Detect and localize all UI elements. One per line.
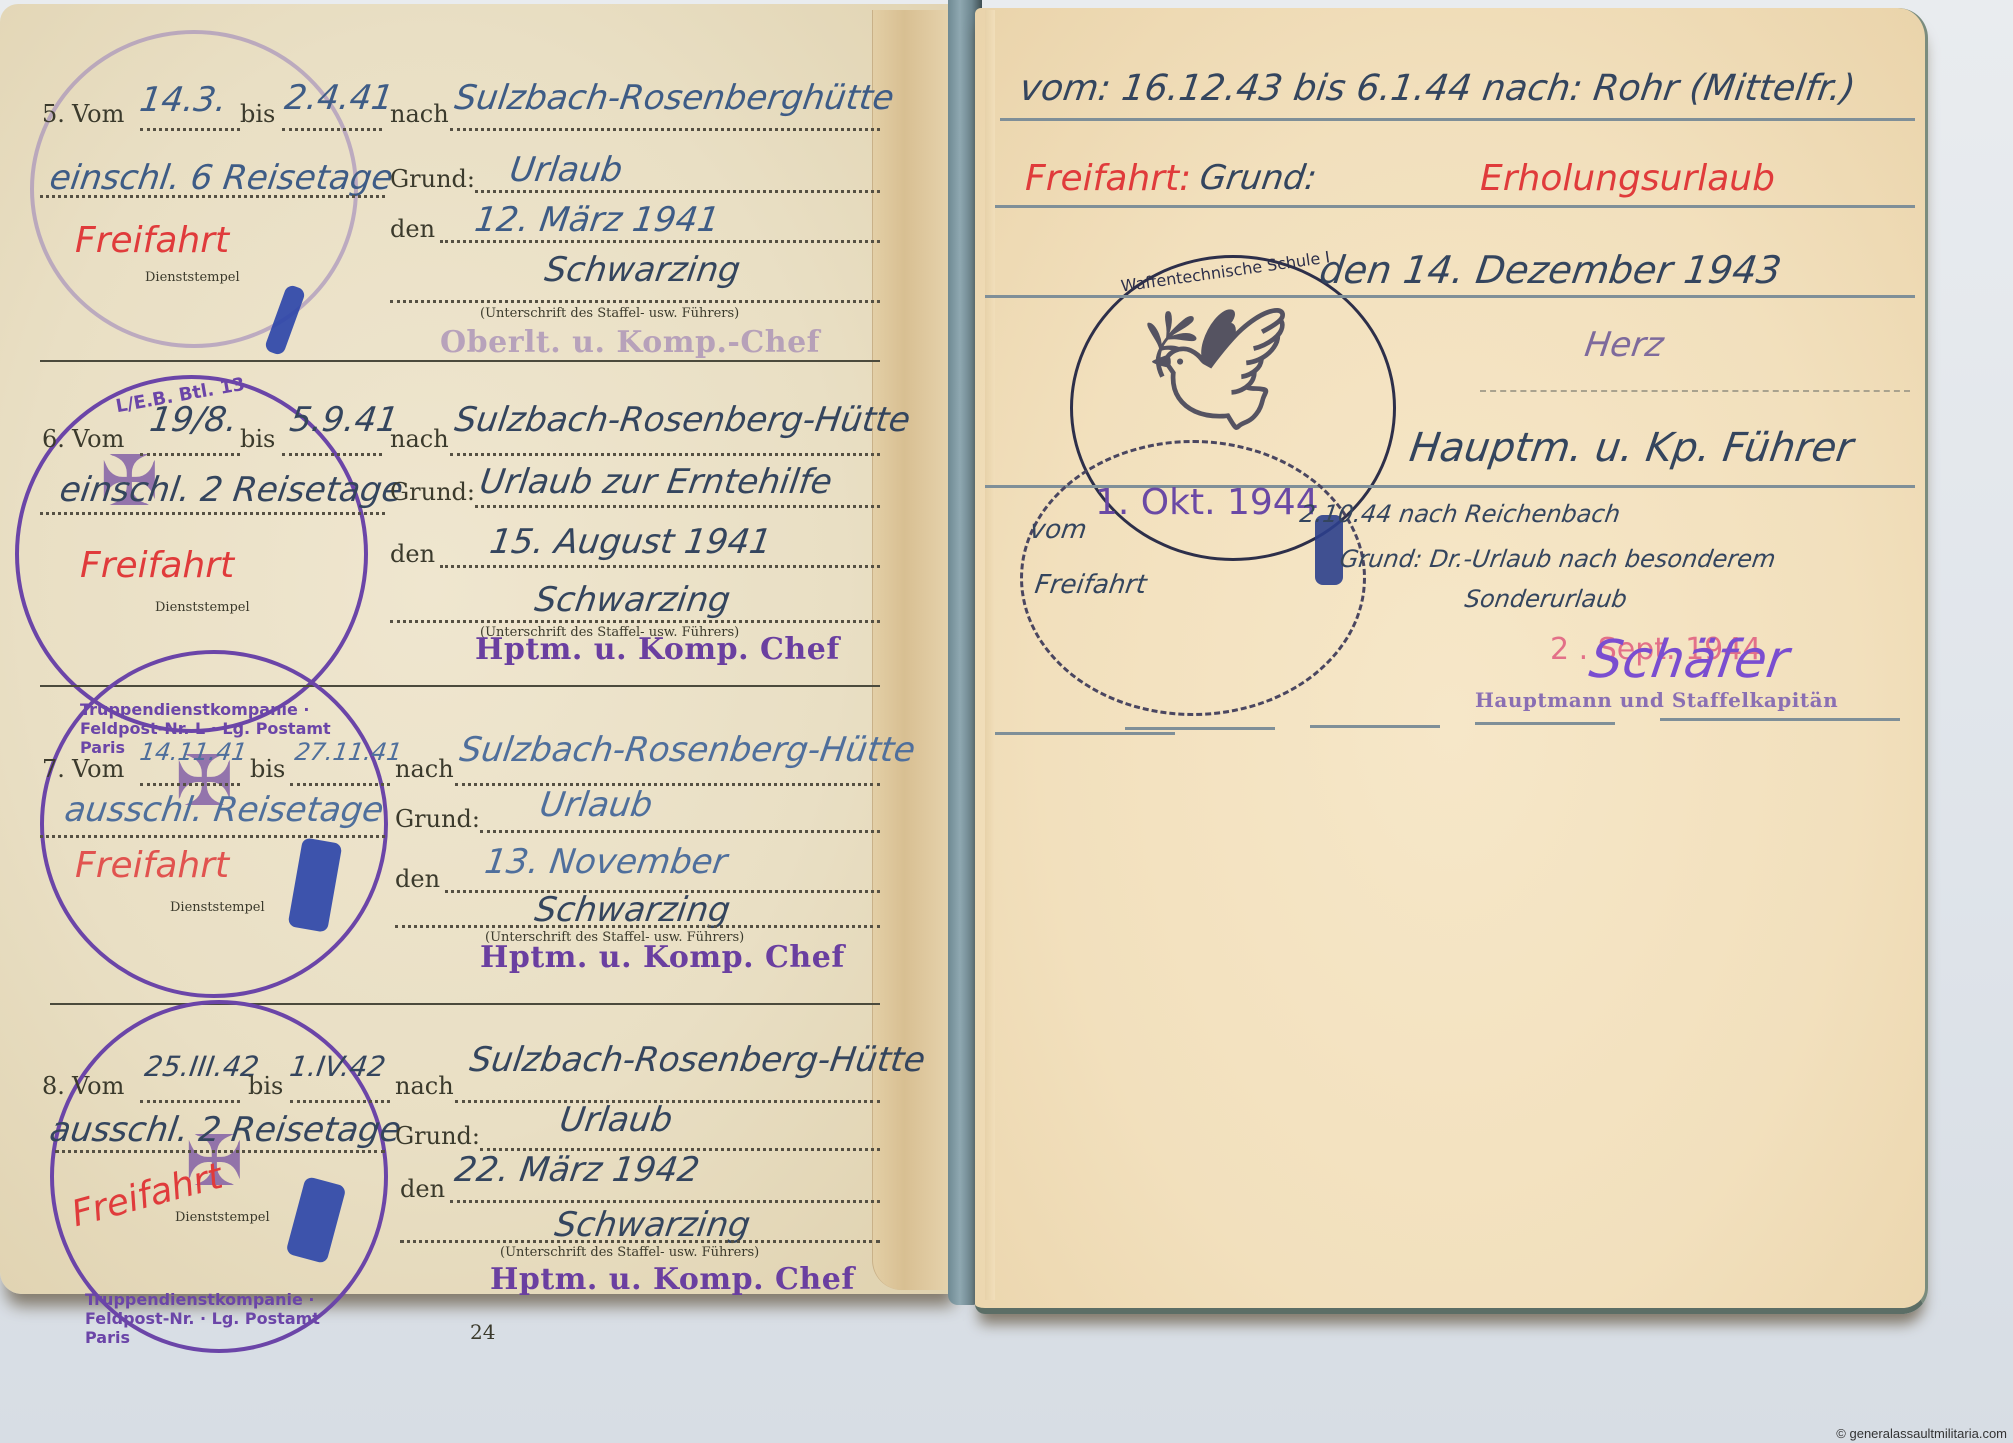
dienststempel-label: Dienststempel <box>170 900 265 915</box>
label-nach: nach <box>390 100 449 128</box>
entry-8-signature: Schwarzing <box>552 1205 752 1245</box>
luftwaffe-eagle-icon: 🕊 <box>1140 300 1292 440</box>
entry-5-freifahrt-stamp: Freifahrt <box>75 220 229 261</box>
entry-7-reason: Urlaub <box>537 785 655 825</box>
entry-7-signature: Schwarzing <box>532 890 732 930</box>
entry-6-number: 6. <box>42 425 65 453</box>
entry-5-note: einschl. 6 Reisetage <box>47 158 395 198</box>
entry-5-signature: Schwarzing <box>542 250 742 290</box>
label-den: den <box>400 1175 445 1203</box>
label-bis: bis <box>240 100 275 128</box>
entry-7-freifahrt-stamp: Freifahrt <box>75 845 229 886</box>
entry-6-rank-stamp: Hptm. u. Komp. Chef <box>475 632 840 667</box>
entry-5-to: 2.4.41 <box>282 78 396 118</box>
dienststempel-label: Dienststempel <box>175 1210 270 1225</box>
label-den: den <box>390 540 435 568</box>
label-grund: Grund: <box>395 1122 480 1150</box>
right-signature-2: Schäfer <box>1586 630 1793 690</box>
entry-7-number: 7. <box>42 755 65 783</box>
signature-caption: (Unterschrift des Staffel- usw. Führers) <box>500 1245 759 1260</box>
right-signature-title: Hauptm. u. Kp. Führer <box>1407 425 1856 471</box>
entry-5-number: 5. <box>42 100 65 128</box>
entry-6-from: 19/8. <box>147 400 240 440</box>
label-vom: Vom <box>72 425 124 453</box>
label-bis: bis <box>240 425 275 453</box>
copyright-credit: © generalassaultmilitaria.com <box>1836 1426 2007 1441</box>
entry-6-note: einschl. 2 Reisetage <box>57 470 405 510</box>
label-grund: Grund: <box>390 165 475 193</box>
label-nach: nach <box>395 1072 454 1100</box>
entry-6-freifahrt-stamp: Freifahrt <box>80 545 234 586</box>
entry-7-destination: Sulzbach-Rosenberg-Hütte <box>457 730 918 770</box>
right-note-line-1: 2.10.44 nach Reichenbach <box>1298 500 1622 528</box>
entry-7-from: 14.11.41 <box>138 738 249 766</box>
label-vom: Vom <box>72 1072 124 1100</box>
entry-7-to: 27.11.41 <box>293 738 404 766</box>
entry-8-destination: Sulzbach-Rosenberg-Hütte <box>467 1040 928 1080</box>
entry-8-rank-stamp: Hptm. u. Komp. Chef <box>490 1262 855 1297</box>
signature-caption: (Unterschrift des Staffel- usw. Führers) <box>480 306 739 321</box>
right-reason: Erholungsurlaub <box>1480 158 1775 199</box>
date-stamp: 1. Okt. 1944 <box>1095 482 1319 523</box>
entry-7-note: ausschl. Reisetage <box>62 790 386 830</box>
entry-5-from: 14.3. <box>137 80 229 120</box>
entry-8-to: 1.IV.42 <box>288 1050 388 1083</box>
entry-8-stamp-text: Truppendienstkompanie · Feldpost-Nr. · L… <box>85 1290 365 1347</box>
right-issue-date: den 14. Dezember 1943 <box>1317 248 1784 292</box>
entry-6-to: 5.9.41 <box>287 400 401 440</box>
entry-8-from: 25.III.42 <box>143 1050 261 1083</box>
page-number: 24 <box>470 1320 495 1344</box>
label-nach: nach <box>395 755 454 783</box>
label-nach: nach <box>390 425 449 453</box>
right-rank-stamp: Hauptmann und Staffelkapitän <box>1475 688 1838 712</box>
right-note-line-3: Sonderurlaub <box>1463 585 1629 613</box>
right-note-line-2: Grund: Dr.-Urlaub nach besonderem <box>1338 545 1777 573</box>
left-page-folded-edge <box>872 10 951 1290</box>
right-page-inner-edge <box>985 10 995 1300</box>
entry-6-reason: Urlaub zur Erntehilfe <box>477 462 834 502</box>
right-note-vom: vom <box>1028 515 1089 545</box>
label-vom: Vom <box>72 755 124 783</box>
entry-5-reason: Urlaub <box>507 150 625 190</box>
label-den: den <box>395 865 440 893</box>
entry-8-number: 8. <box>42 1072 65 1100</box>
right-grund-label: Grund: <box>1197 158 1319 198</box>
label-vom: Vom <box>72 100 124 128</box>
entry-6-signature: Schwarzing <box>532 580 732 620</box>
entry-8-reason: Urlaub <box>557 1100 675 1140</box>
entry-5-date: 12. März 1941 <box>472 200 722 240</box>
label-bis: bis <box>250 755 285 783</box>
label-grund: Grund: <box>390 478 475 506</box>
label-grund: Grund: <box>395 805 480 833</box>
entry-8-note: ausschl. 2 Reisetage <box>47 1110 403 1150</box>
label-bis: bis <box>248 1072 283 1100</box>
right-freifahrt-label: Freifahrt: <box>1025 158 1191 199</box>
entry-6-date: 15. August 1941 <box>487 522 774 562</box>
right-line-1: vom: 16.12.43 bis 6.1.44 nach: Rohr (Mit… <box>1017 68 1858 109</box>
entry-8-date: 22. März 1942 <box>452 1150 702 1190</box>
right-signature-1: Herz <box>1582 325 1666 365</box>
dienststempel-label: Dienststempel <box>155 600 250 615</box>
entry-7-date: 13. November <box>482 842 729 882</box>
entry-5-destination: Sulzbach-Rosenberghütte <box>452 78 896 118</box>
entry-6-destination: Sulzbach-Rosenberg-Hütte <box>452 400 913 440</box>
entry-7-rank-stamp: Hptm. u. Komp. Chef <box>480 940 845 975</box>
label-den: den <box>390 215 435 243</box>
dienststempel-label: Dienststempel <box>145 270 240 285</box>
right-note-freifahrt: Freifahrt <box>1033 570 1149 600</box>
entry-5-rank-stamp: Oberlt. u. Komp.-Chef <box>440 325 820 360</box>
